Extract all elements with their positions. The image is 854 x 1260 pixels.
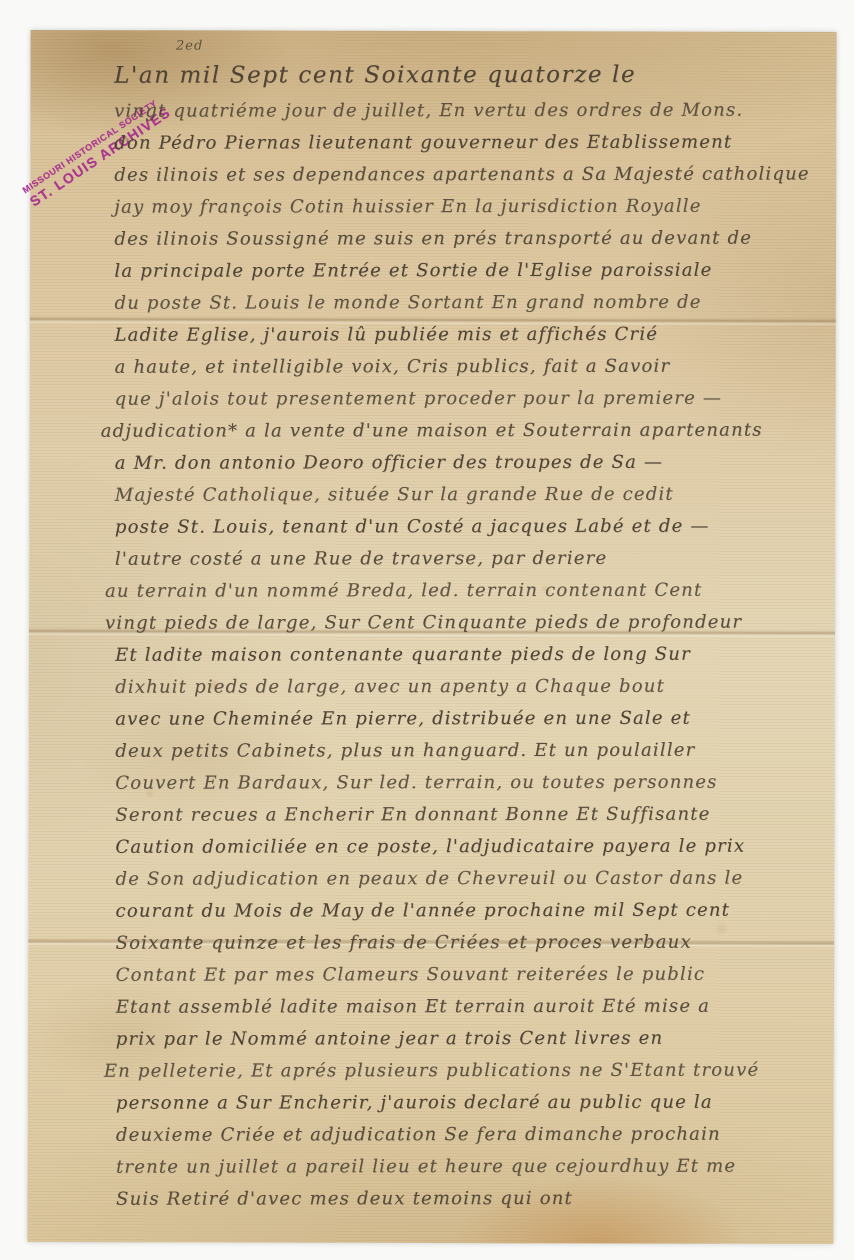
manuscript-line: En pelleterie, Et aprés plusieurs public… (104, 1054, 828, 1087)
manuscript-line: prix par le Nommé antoine jear a trois C… (116, 1022, 828, 1055)
manuscript-line: de Son adjudication en peaux de Chevreui… (115, 862, 827, 895)
manuscript-line: deux petits Cabinets, plus un hanguard. … (115, 734, 827, 767)
manuscript-line: Seront recues a Encherir En donnant Bonn… (115, 798, 827, 831)
manuscript-line: Soixante quinze et les frais de Criées e… (116, 926, 828, 959)
manuscript-line: vingt pieds de large, Sur Cent Cinquante… (105, 606, 827, 639)
manuscript-line: Contant Et par mes Clameurs Souvant reit… (116, 958, 828, 991)
manuscript-line: courant du Mois de May de l'année procha… (115, 894, 827, 927)
manuscript-line: avec une Cheminée En pierre, distribuée … (115, 702, 827, 735)
manuscript-line: des ilinois Soussigné me suis en prés tr… (114, 222, 826, 255)
scan-background: { "colors": { "background": "#f9f9f7", "… (0, 0, 854, 1260)
manuscript-line: Couvert En Bardaux, Sur led. terrain, ou… (115, 766, 827, 799)
manuscript-text-block: 2ed L'an mil Sept cent Soixante quatorze… (114, 36, 828, 1215)
manuscript-line: L'an mil Sept cent Soixante quatorze le (114, 54, 826, 95)
manuscript-line: Caution domiciliée en ce poste, l'adjudi… (115, 830, 827, 863)
superscript-notation: 2ed (176, 36, 826, 55)
manuscript-line: au terrain d'un nommé Breda, led. terrai… (105, 574, 827, 607)
manuscript-line: l'autre costé a une Rue de traverse, par… (115, 542, 827, 575)
manuscript-line: Suis Retiré d'avec mes deux temoins qui … (116, 1182, 828, 1215)
manuscript-line: des ilinois et ses dependances apartenan… (114, 158, 826, 191)
manuscript-line: adjudication* a la vente d'une maison et… (101, 414, 827, 447)
manuscript-line: personne a Sur Encherir, j'aurois declar… (116, 1086, 828, 1119)
manuscript-line: deuxieme Criée et adjudication Se fera d… (116, 1118, 828, 1151)
manuscript-line: poste St. Louis, tenant d'un Costé a jac… (115, 510, 827, 543)
manuscript-line: Ladite Eglise, j'aurois lû publiée mis e… (114, 318, 826, 351)
manuscript-line: a haute, et intelligible voix, Cris publ… (115, 350, 827, 383)
manuscript-page: MISSOURI HISTORICAL SOCIETY ST. LOUIS AR… (27, 30, 836, 1244)
manuscript-line: que j'alois tout presentement proceder p… (115, 382, 827, 415)
manuscript-line: jay moy françois Cotin huissier En la ju… (114, 190, 826, 223)
manuscript-line: Majesté Catholique, située Sur la grande… (115, 478, 827, 511)
manuscript-line: du poste St. Louis le monde Sortant En g… (114, 286, 826, 319)
manuscript-line: dixhuit pieds de large, avec un apenty a… (115, 670, 827, 703)
manuscript-line: la principale porte Entrée et Sortie de … (114, 254, 826, 287)
manuscript-line: Etant assemblé ladite maison Et terrain … (116, 990, 828, 1023)
manuscript-line: a Mr. don antonio Deoro officier des tro… (115, 446, 827, 479)
manuscript-line: Et ladite maison contenante quarante pie… (115, 638, 827, 671)
manuscript-line: vingt quatriéme jour de juillet, En vert… (114, 94, 826, 127)
manuscript-line: trente un juillet a pareil lieu et heure… (116, 1150, 828, 1183)
manuscript-line: don Pédro Piernas lieutenant gouverneur … (114, 126, 826, 159)
